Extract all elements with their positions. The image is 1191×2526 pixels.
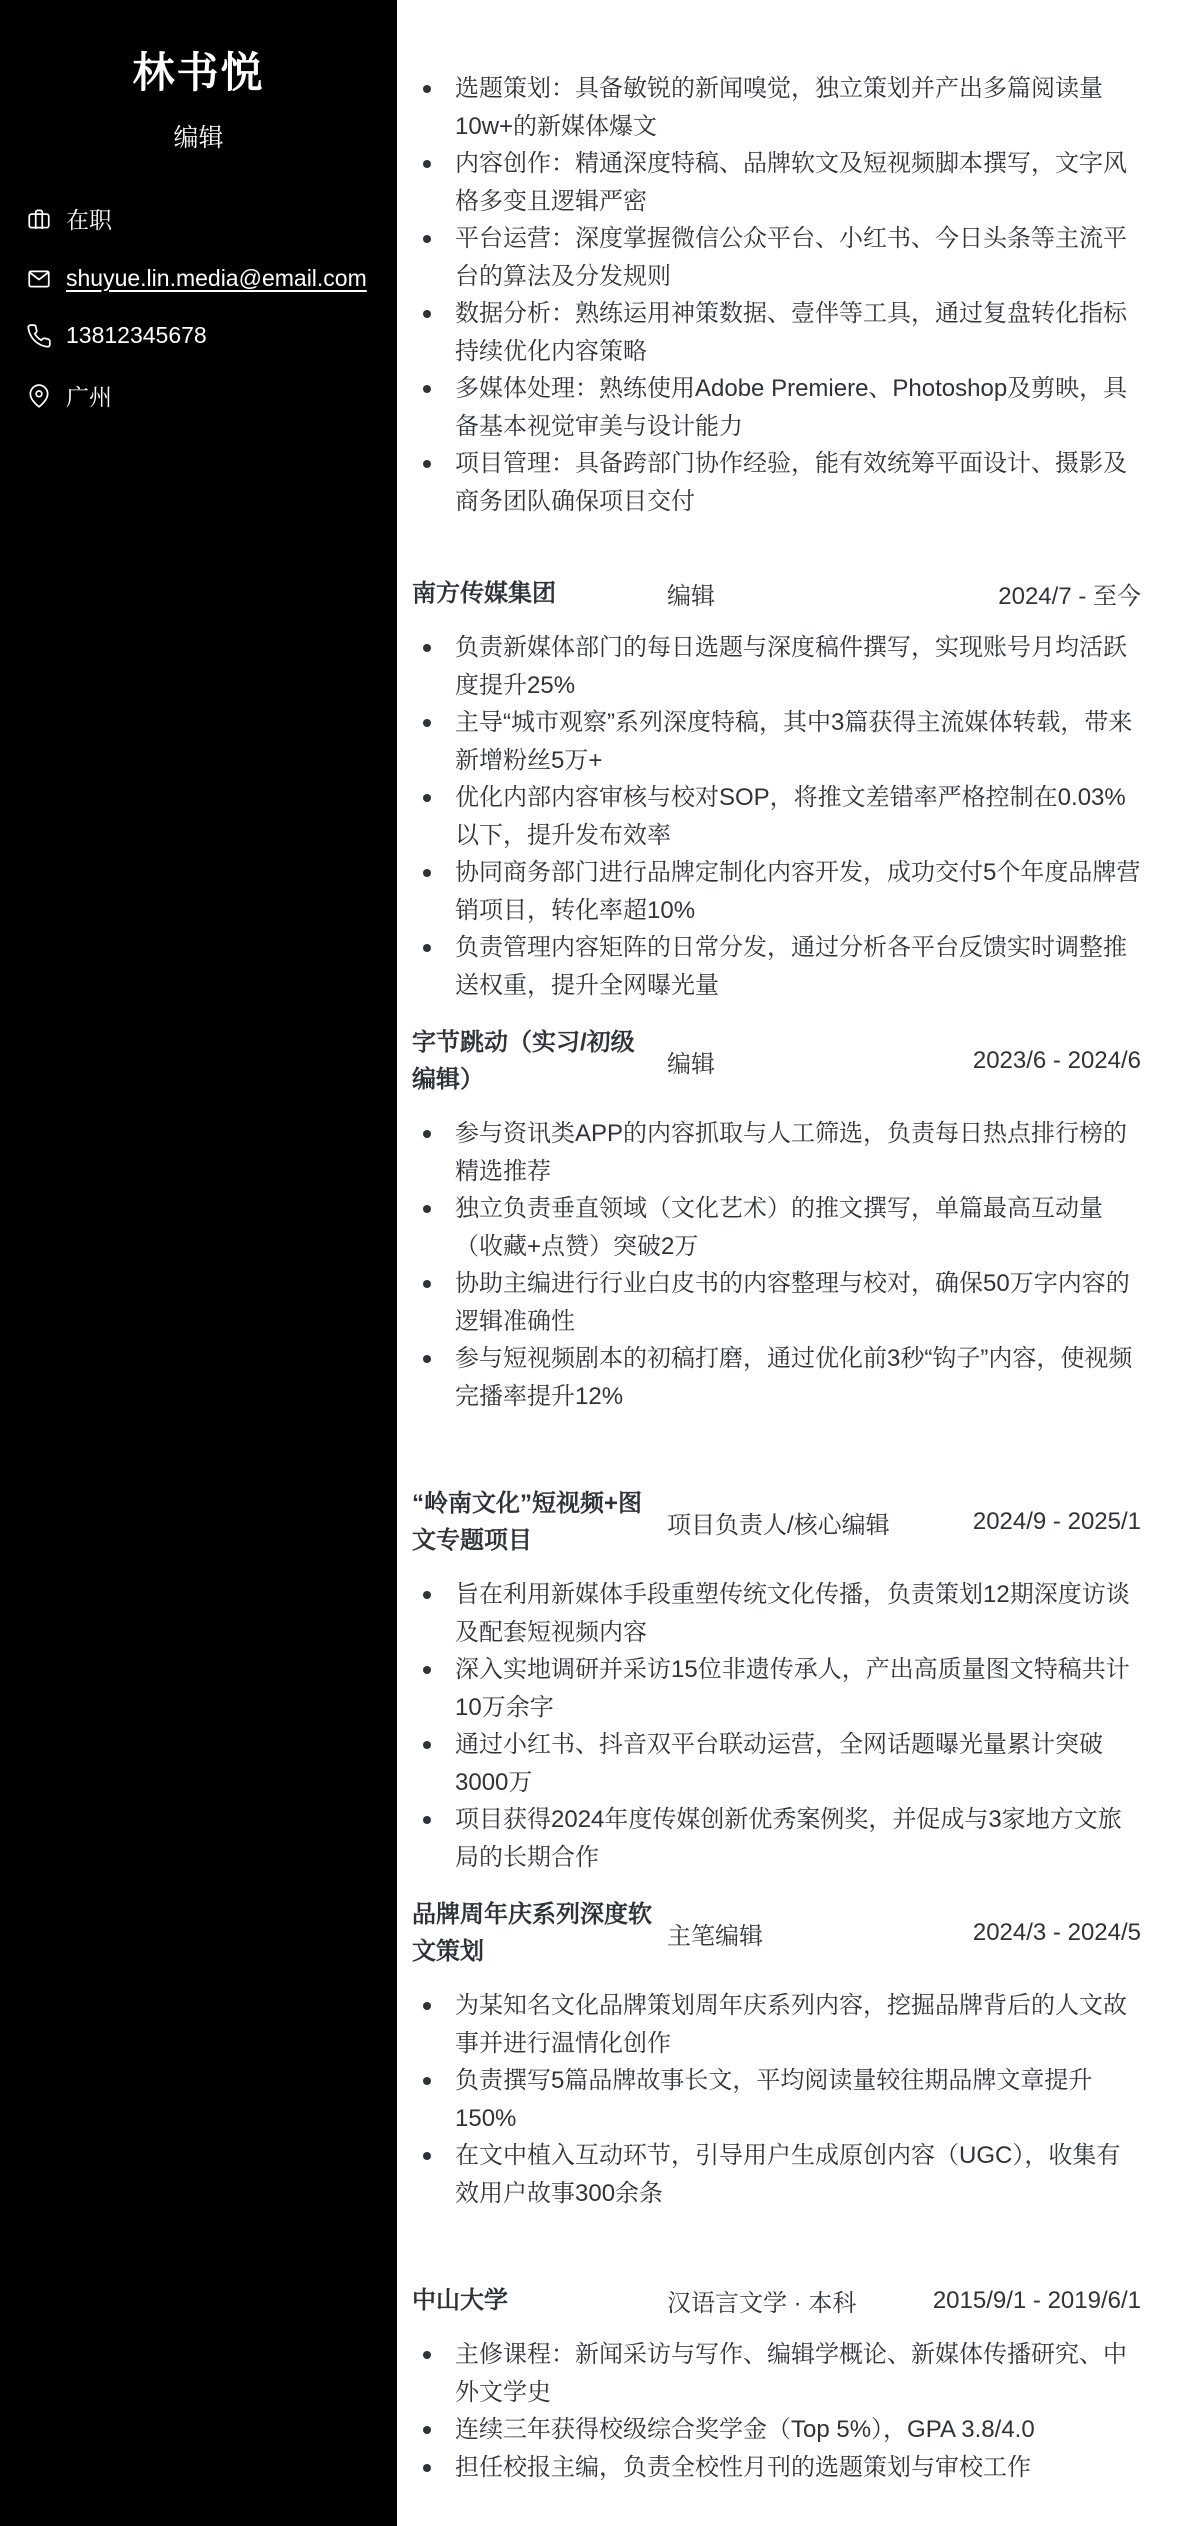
project-bullet: 通过小红书、抖音双平台联动运营，全网话题曝光量累计突破3000万 bbox=[412, 1726, 1141, 1801]
job-role: 编辑 bbox=[667, 1044, 963, 1079]
experience-entry: 字节跳动（实习/初级编辑） 编辑 2023/6 - 2024/6 参与资讯类AP… bbox=[412, 1024, 1141, 1415]
project-entry-header: “岭南文化”短视频+图文专题项目 项目负责人/核心编辑 2024/9 - 202… bbox=[412, 1485, 1141, 1559]
experience-bullet: 负责新媒体部门的每日选题与深度稿件撰写，实现账号月均活跃度提升25% bbox=[412, 629, 1141, 704]
company-name: 字节跳动（实习/初级编辑） bbox=[412, 1024, 657, 1098]
experience-bullet: 优化内部内容审核与校对SOP，将推文差错率严格控制在0.03%以下，提升发布效率 bbox=[412, 779, 1141, 854]
date-range: 2023/6 - 2024/6 bbox=[973, 1047, 1141, 1075]
section-projects: “岭南文化”短视频+图文专题项目 项目负责人/核心编辑 2024/9 - 202… bbox=[412, 1485, 1141, 2212]
project-name: “岭南文化”短视频+图文专题项目 bbox=[412, 1485, 657, 1559]
education-entry: 中山大学 汉语言文学 · 本科 2015/9/1 - 2019/6/1 主修课程… bbox=[412, 2282, 1141, 2486]
project-entry: 品牌周年庆系列深度软文策划 主笔编辑 2024/3 - 2024/5 为某知名文… bbox=[412, 1896, 1141, 2212]
section-summary: 选题策划：具备敏锐的新闻嗅觉，独立策划并产出多篇阅读量10w+的新媒体爆文 内容… bbox=[412, 70, 1141, 520]
project-role: 主笔编辑 bbox=[667, 1916, 963, 1951]
resume-page: 林书悦 编辑 在职 bbox=[0, 0, 1191, 2526]
contact-location: 广州 bbox=[26, 379, 397, 412]
location-text: 广州 bbox=[66, 379, 112, 412]
project-bullet-list: 旨在利用新媒体手段重塑传统文化传播，负责策划12期深度访谈及配套短视频内容 深入… bbox=[412, 1576, 1141, 1876]
contact-list: 在职 shuyue.lin.media@email.com 13812 bbox=[0, 202, 397, 412]
education-bullet: 主修课程：新闻采访与写作、编辑学概论、新媒体传播研究、中外文学史 bbox=[412, 2336, 1141, 2411]
person-name: 林书悦 bbox=[0, 40, 397, 100]
summary-bullet: 平台运营：深度掌握微信公众平台、小红书、今日头条等主流平台的算法及分发规则 bbox=[412, 220, 1141, 295]
project-entry: “岭南文化”短视频+图文专题项目 项目负责人/核心编辑 2024/9 - 202… bbox=[412, 1485, 1141, 1876]
phone-icon bbox=[26, 323, 52, 349]
main-content: 选题策划：具备敏锐的新闻嗅觉，独立策划并产出多篇阅读量10w+的新媒体爆文 内容… bbox=[397, 0, 1191, 2526]
project-role: 项目负责人/核心编辑 bbox=[667, 1505, 963, 1540]
education-bullet: 连续三年获得校级综合奖学金（Top 5%），GPA 3.8/4.0 bbox=[412, 2411, 1141, 2449]
education-entry-header: 中山大学 汉语言文学 · 本科 2015/9/1 - 2019/6/1 bbox=[412, 2282, 1141, 2319]
contact-phone: 13812345678 bbox=[26, 322, 397, 349]
person-title: 编辑 bbox=[0, 118, 397, 154]
company-name: 南方传媒集团 bbox=[412, 575, 657, 612]
project-bullet: 深入实地调研并采访15位非遗传承人，产出高质量图文特稿共计10万余字 bbox=[412, 1651, 1141, 1726]
contact-status: 在职 bbox=[26, 202, 397, 235]
project-bullet: 旨在利用新媒体手段重塑传统文化传播，负责策划12期深度访谈及配套短视频内容 bbox=[412, 1576, 1141, 1651]
summary-bullet: 内容创作：精通深度特稿、品牌软文及短视频脚本撰写，文字风格多变且逻辑严密 bbox=[412, 145, 1141, 220]
briefcase-icon bbox=[26, 206, 52, 232]
project-entry-header: 品牌周年庆系列深度软文策划 主笔编辑 2024/3 - 2024/5 bbox=[412, 1896, 1141, 1970]
date-range: 2024/3 - 2024/5 bbox=[973, 1919, 1141, 1947]
section-education: 中山大学 汉语言文学 · 本科 2015/9/1 - 2019/6/1 主修课程… bbox=[412, 2282, 1141, 2486]
sidebar: 林书悦 编辑 在职 bbox=[0, 0, 397, 2526]
school-name: 中山大学 bbox=[412, 2282, 657, 2319]
project-name: 品牌周年庆系列深度软文策划 bbox=[412, 1896, 657, 1970]
education-bullet-list: 主修课程：新闻采访与写作、编辑学概论、新媒体传播研究、中外文学史 连续三年获得校… bbox=[412, 2336, 1141, 2486]
experience-bullet-list: 负责新媒体部门的每日选题与深度稿件撰写，实现账号月均活跃度提升25% 主导“城市… bbox=[412, 629, 1141, 1004]
job-role: 编辑 bbox=[667, 576, 988, 611]
project-bullet-list: 为某知名文化品牌策划周年庆系列内容，挖掘品牌背后的人文故事并进行温情化创作 负责… bbox=[412, 1987, 1141, 2212]
summary-bullet: 数据分析：熟练运用神策数据、壹伴等工具，通过复盘转化指标持续优化内容策略 bbox=[412, 295, 1141, 370]
experience-entry-header: 字节跳动（实习/初级编辑） 编辑 2023/6 - 2024/6 bbox=[412, 1024, 1141, 1098]
location-icon bbox=[26, 383, 52, 409]
summary-bullet: 项目管理：具备跨部门协作经验，能有效统筹平面设计、摄影及商务团队确保项目交付 bbox=[412, 445, 1141, 520]
experience-bullet-list: 参与资讯类APP的内容抓取与人工筛选，负责每日热点排行榜的精选推荐 独立负责垂直… bbox=[412, 1115, 1141, 1415]
summary-bullet-list: 选题策划：具备敏锐的新闻嗅觉，独立策划并产出多篇阅读量10w+的新媒体爆文 内容… bbox=[412, 70, 1141, 520]
project-bullet: 负责撰写5篇品牌故事长文，平均阅读量较往期品牌文章提升150% bbox=[412, 2062, 1141, 2137]
project-bullet: 项目获得2024年度传媒创新优秀案例奖，并促成与3家地方文旅局的长期合作 bbox=[412, 1801, 1141, 1876]
project-bullet: 在文中植入互动环节，引导用户生成原创内容（UGC），收集有效用户故事300余条 bbox=[412, 2137, 1141, 2212]
degree-name: 汉语言文学 · 本科 bbox=[667, 2283, 923, 2318]
project-bullet: 为某知名文化品牌策划周年庆系列内容，挖掘品牌背后的人文故事并进行温情化创作 bbox=[412, 1987, 1141, 2062]
summary-bullet: 选题策划：具备敏锐的新闻嗅觉，独立策划并产出多篇阅读量10w+的新媒体爆文 bbox=[412, 70, 1141, 145]
contact-email: shuyue.lin.media@email.com bbox=[26, 265, 397, 292]
employment-status: 在职 bbox=[66, 202, 112, 235]
experience-bullet: 参与短视频剧本的初稿打磨，通过优化前3秒“钩子”内容，使视频完播率提升12% bbox=[412, 1340, 1141, 1415]
experience-bullet: 协助主编进行行业白皮书的内容整理与校对，确保50万字内容的逻辑准确性 bbox=[412, 1265, 1141, 1340]
summary-bullet: 多媒体处理：熟练使用Adobe Premiere、Photoshop及剪映，具备… bbox=[412, 370, 1141, 445]
experience-bullet: 主导“城市观察”系列深度特稿，其中3篇获得主流媒体转载，带来新增粉丝5万+ bbox=[412, 704, 1141, 779]
experience-bullet: 协同商务部门进行品牌定制化内容开发，成功交付5个年度品牌营销项目，转化率超10% bbox=[412, 854, 1141, 929]
experience-bullet: 参与资讯类APP的内容抓取与人工筛选，负责每日热点排行榜的精选推荐 bbox=[412, 1115, 1141, 1190]
mail-icon bbox=[26, 266, 52, 292]
section-experience: 南方传媒集团 编辑 2024/7 - 至今 负责新媒体部门的每日选题与深度稿件撰… bbox=[412, 575, 1141, 1415]
education-bullet: 担任校报主编，负责全校性月刊的选题策划与审校工作 bbox=[412, 2449, 1141, 2487]
email-link[interactable]: shuyue.lin.media@email.com bbox=[66, 265, 367, 292]
date-range: 2015/9/1 - 2019/6/1 bbox=[933, 2287, 1141, 2315]
phone-number: 13812345678 bbox=[66, 322, 207, 349]
experience-entry-header: 南方传媒集团 编辑 2024/7 - 至今 bbox=[412, 575, 1141, 612]
experience-entry: 南方传媒集团 编辑 2024/7 - 至今 负责新媒体部门的每日选题与深度稿件撰… bbox=[412, 575, 1141, 1004]
experience-bullet: 负责管理内容矩阵的日常分发，通过分析各平台反馈实时调整推送权重，提升全网曝光量 bbox=[412, 929, 1141, 1004]
experience-bullet: 独立负责垂直领域（文化艺术）的推文撰写，单篇最高互动量（收藏+点赞）突破2万 bbox=[412, 1190, 1141, 1265]
date-range: 2024/9 - 2025/1 bbox=[973, 1508, 1141, 1536]
date-range: 2024/7 - 至今 bbox=[998, 576, 1141, 611]
